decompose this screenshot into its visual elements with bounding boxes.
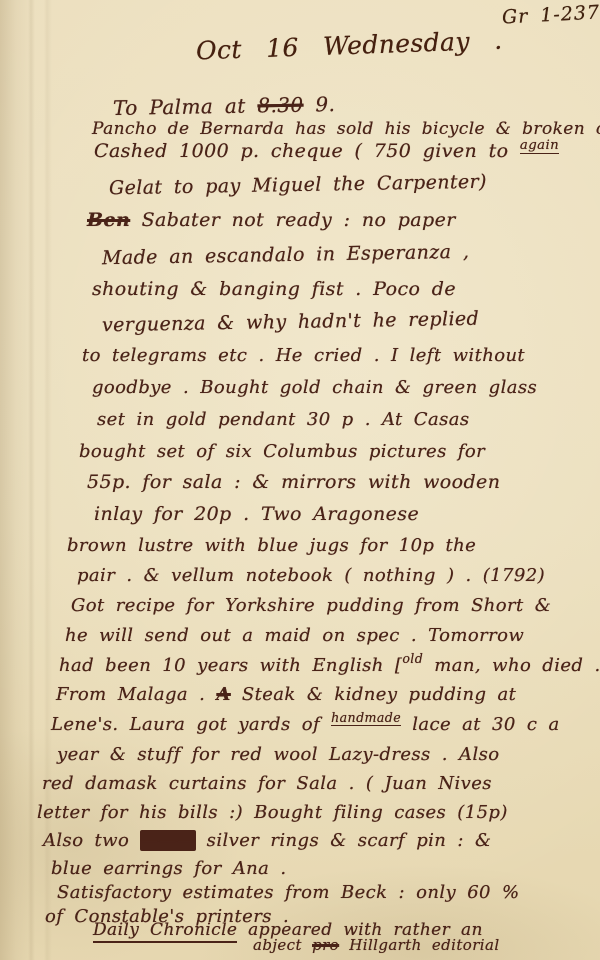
- handwritten-text: Steak & kidney pudding at: [231, 684, 516, 705]
- manuscript-line: red damask curtains for Sala . ( Juan Ni…: [42, 775, 492, 793]
- annotated-text: Daily Chronicle: [93, 920, 237, 943]
- annotated-text: 8.30: [257, 93, 304, 118]
- handwritten-text: 55p. for sala : & mirrors with wooden: [87, 471, 500, 493]
- handwritten-text: set in gold pendant 30 p . At Casas: [97, 409, 470, 430]
- handwritten-text: year & stuff for red wool Lazy-dress . A…: [57, 744, 500, 765]
- handwritten-text: he will send out a maid on spec . Tomorr…: [65, 625, 524, 646]
- annotated-text: Ben: [87, 209, 130, 231]
- handwritten-text: Made an escandalo in Esperanza ,: [102, 241, 470, 269]
- handwritten-text: lace at 30 c a: [401, 714, 560, 735]
- archive-reference: Gr 1-237: [502, 3, 600, 27]
- manuscript-line: he will send out a maid on spec . Tomorr…: [65, 627, 524, 645]
- handwritten-text: goodbye . Bought gold chain & green glas…: [92, 377, 537, 398]
- handwritten-text: silver rings & scarf pin : &: [196, 830, 492, 851]
- handwritten-text: shouting & banging fist . Poco de: [92, 278, 456, 300]
- manuscript-line: Also two ——— silver rings & scarf pin : …: [43, 832, 491, 850]
- handwritten-text: Cashed 1000 p. cheque ( 750 given to: [94, 140, 520, 162]
- date-heading: Oct 16 Wednesday .: [196, 28, 503, 64]
- manuscript-line: had been 10 years with English [old man,…: [59, 657, 600, 675]
- annotated-text: ———: [140, 830, 195, 851]
- manuscript-line: brown lustre with blue jugs for 10p the: [67, 537, 476, 555]
- handwritten-text: brown lustre with blue jugs for 10p the: [67, 535, 476, 556]
- annotated-text: old: [402, 651, 423, 666]
- manuscript-line: pair . & vellum notebook ( nothing ) . (…: [77, 567, 545, 585]
- manuscript-line: Lene's. Laura got yards of handmade lace…: [51, 716, 560, 734]
- manuscript-line: inlay for 20p . Two Aragonese: [94, 505, 419, 524]
- handwritten-text: inlay for 20p . Two Aragonese: [94, 503, 419, 525]
- handwritten-text: blue earrings for Ana .: [51, 858, 286, 879]
- manuscript-line: set in gold pendant 30 p . At Casas: [97, 411, 470, 429]
- handwritten-text: had been 10 years with English [: [59, 655, 402, 676]
- handwritten-text: Lene's. Laura got yards of: [51, 714, 331, 735]
- annotated-text: handmade: [331, 710, 401, 726]
- manuscript-line: goodbye . Bought gold chain & green glas…: [92, 379, 537, 397]
- manuscript-line: Pancho de Bernarda has sold his bicycle …: [92, 121, 600, 138]
- handwritten-text: pair . & vellum notebook ( nothing ) . (…: [77, 565, 545, 586]
- handwritten-text: to telegrams etc . He cried . I left wit…: [82, 345, 525, 366]
- handwritten-text: Satisfactory estimates from Beck : only …: [57, 882, 520, 903]
- annotated-text: again: [520, 138, 559, 154]
- manuscript-line: abject pro Hillgarth editorial: [253, 938, 500, 953]
- manuscript-line: bought set of six Columbus pictures for: [79, 443, 485, 461]
- handwritten-text: From Malaga .: [56, 684, 216, 705]
- handwritten-text: letter for his bills :) Bought filing ca…: [37, 802, 508, 823]
- manuscript-line: Gelat to pay Miguel the Carpenter): [109, 173, 487, 199]
- handwritten-text: bought set of six Columbus pictures for: [79, 441, 485, 462]
- handwritten-text: To Palma at: [113, 93, 258, 120]
- handwritten-text: Got recipe for Yorkshire pudding from Sh…: [71, 595, 551, 616]
- manuscript-line: To Palma at 8.30 9.: [113, 94, 336, 118]
- handwritten-text: Hillgarth editorial: [339, 936, 499, 954]
- annotated-text: A: [216, 684, 230, 705]
- scanned-document: Gr 1-237 Oct 16 Wednesday . To Palma at …: [0, 0, 600, 960]
- manuscript-line: 55p. for sala : & mirrors with wooden: [87, 473, 500, 492]
- manuscript-line: Got recipe for Yorkshire pudding from Sh…: [71, 597, 551, 615]
- manuscript-line: shouting & banging fist . Poco de: [92, 280, 456, 299]
- manuscript-line: From Malaga . A Steak & kidney pudding a…: [56, 686, 516, 704]
- handwritten-text: verguenza & why hadn't he replied: [102, 308, 480, 337]
- manuscript-line: Cashed 1000 p. cheque ( 750 given to aga…: [94, 142, 559, 161]
- handwritten-text: Also two: [43, 830, 140, 851]
- manuscript-page: Gr 1-237 Oct 16 Wednesday . To Palma at …: [0, 0, 600, 960]
- manuscript-line: Satisfactory estimates from Beck : only …: [57, 884, 520, 902]
- handwritten-text: abject: [253, 936, 312, 954]
- handwritten-text: man, who died .: [423, 655, 600, 676]
- handwritten-text: Gelat to pay Miguel the Carpenter): [109, 171, 487, 200]
- handwritten-text: 9.: [303, 92, 335, 117]
- manuscript-line: blue earrings for Ana .: [51, 860, 286, 878]
- manuscript-line: Made an escandalo in Esperanza ,: [102, 243, 470, 268]
- handwritten-text: red damask curtains for Sala . ( Juan Ni…: [42, 773, 492, 794]
- manuscript-line: to telegrams etc . He cried . I left wit…: [82, 347, 525, 365]
- handwritten-text: Sabater not ready : no paper: [130, 209, 456, 231]
- manuscript-line: year & stuff for red wool Lazy-dress . A…: [57, 746, 500, 764]
- manuscript-line: Ben Sabater not ready : no paper: [87, 211, 456, 230]
- handwritten-text: Pancho de Bernarda has sold his bicycle …: [92, 119, 600, 139]
- manuscript-line: letter for his bills :) Bought filing ca…: [37, 804, 508, 822]
- annotated-text: pro: [312, 936, 339, 954]
- manuscript-line: verguenza & why hadn't he replied: [102, 310, 479, 336]
